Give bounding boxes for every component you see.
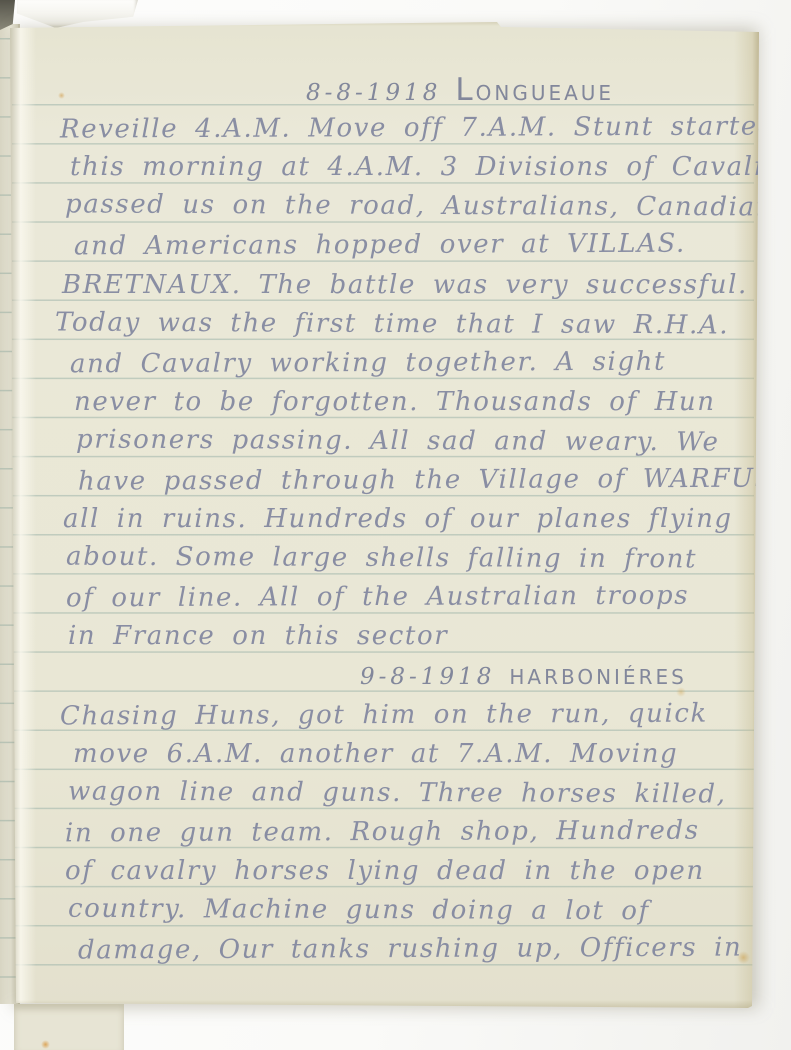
diary-line: this morning at 4.A.M. 3 Divisions of Ca… <box>70 152 784 182</box>
underlying-page-bottom-edge <box>14 1004 124 1050</box>
diary-line: of our line. All of the Australian troop… <box>66 581 689 614</box>
entry-header: 9-8-1918HARBONIÉRES <box>360 664 687 690</box>
diary-line: in France on this sector <box>68 621 448 651</box>
diary-line: prisoners passing. All sad and weary. We <box>76 424 720 457</box>
diary-line: in one gun team. Rough shop, Hundreds <box>65 816 700 849</box>
diary-line: Today was the first time that I saw R.H.… <box>55 307 729 340</box>
age-spot <box>41 1040 50 1049</box>
diary-line: all in ruins. Hundreds of our planes fly… <box>63 504 733 534</box>
photographed-diary-scene: 8-8-1918LONGUEAUEReveille 4.A.M. Move of… <box>0 0 791 1050</box>
diary-line: damage, Our tanks rushing up, Officers i… <box>78 933 742 966</box>
diary-line: BRETNAUX. The battle was very successful… <box>62 270 748 300</box>
diary-line: Chasing Huns, got him on the run, quick <box>60 698 708 731</box>
diary-line: country. Machine guns doing a lot of <box>68 894 650 927</box>
diary-line: about. Some large shells falling in fron… <box>66 542 697 575</box>
diary-line: of cavalry horses lying dead in the open <box>65 856 705 886</box>
diary-line: have passed through the Village of WARFU… <box>78 463 791 496</box>
entry-location: HARBONIÉRES <box>509 664 686 690</box>
diary-line: passed us on the road, Australians, Cana… <box>65 190 791 223</box>
entry-location: LONGUEAUE <box>455 77 614 106</box>
diary-line: and Americans hopped over at VILLAS. <box>74 229 686 262</box>
entry-header: 8-8-1918LONGUEAUE <box>306 77 614 106</box>
diary-page: 8-8-1918LONGUEAUEReveille 4.A.M. Move of… <box>8 20 760 1008</box>
age-spot <box>760 263 768 271</box>
diary-line: never to be forgotten. Thousands of Hun <box>74 387 716 417</box>
diary-line: wagon line and guns. Three horses killed… <box>68 776 727 809</box>
diary-line: and Cavalry working together. A sight <box>70 346 666 379</box>
entry-date: 8-8-1918 <box>306 80 441 106</box>
diary-line: Reveille 4.A.M. Move off 7.A.M. Stunt st… <box>60 112 776 145</box>
diary-line: move 6.A.M. another at 7.A.M. Moving <box>73 739 678 769</box>
entry-date: 9-8-1918 <box>360 664 495 690</box>
paper-tab-edge <box>17 0 138 28</box>
handwriting-layer: 8-8-1918LONGUEAUEReveille 4.A.M. Move of… <box>8 20 760 1008</box>
